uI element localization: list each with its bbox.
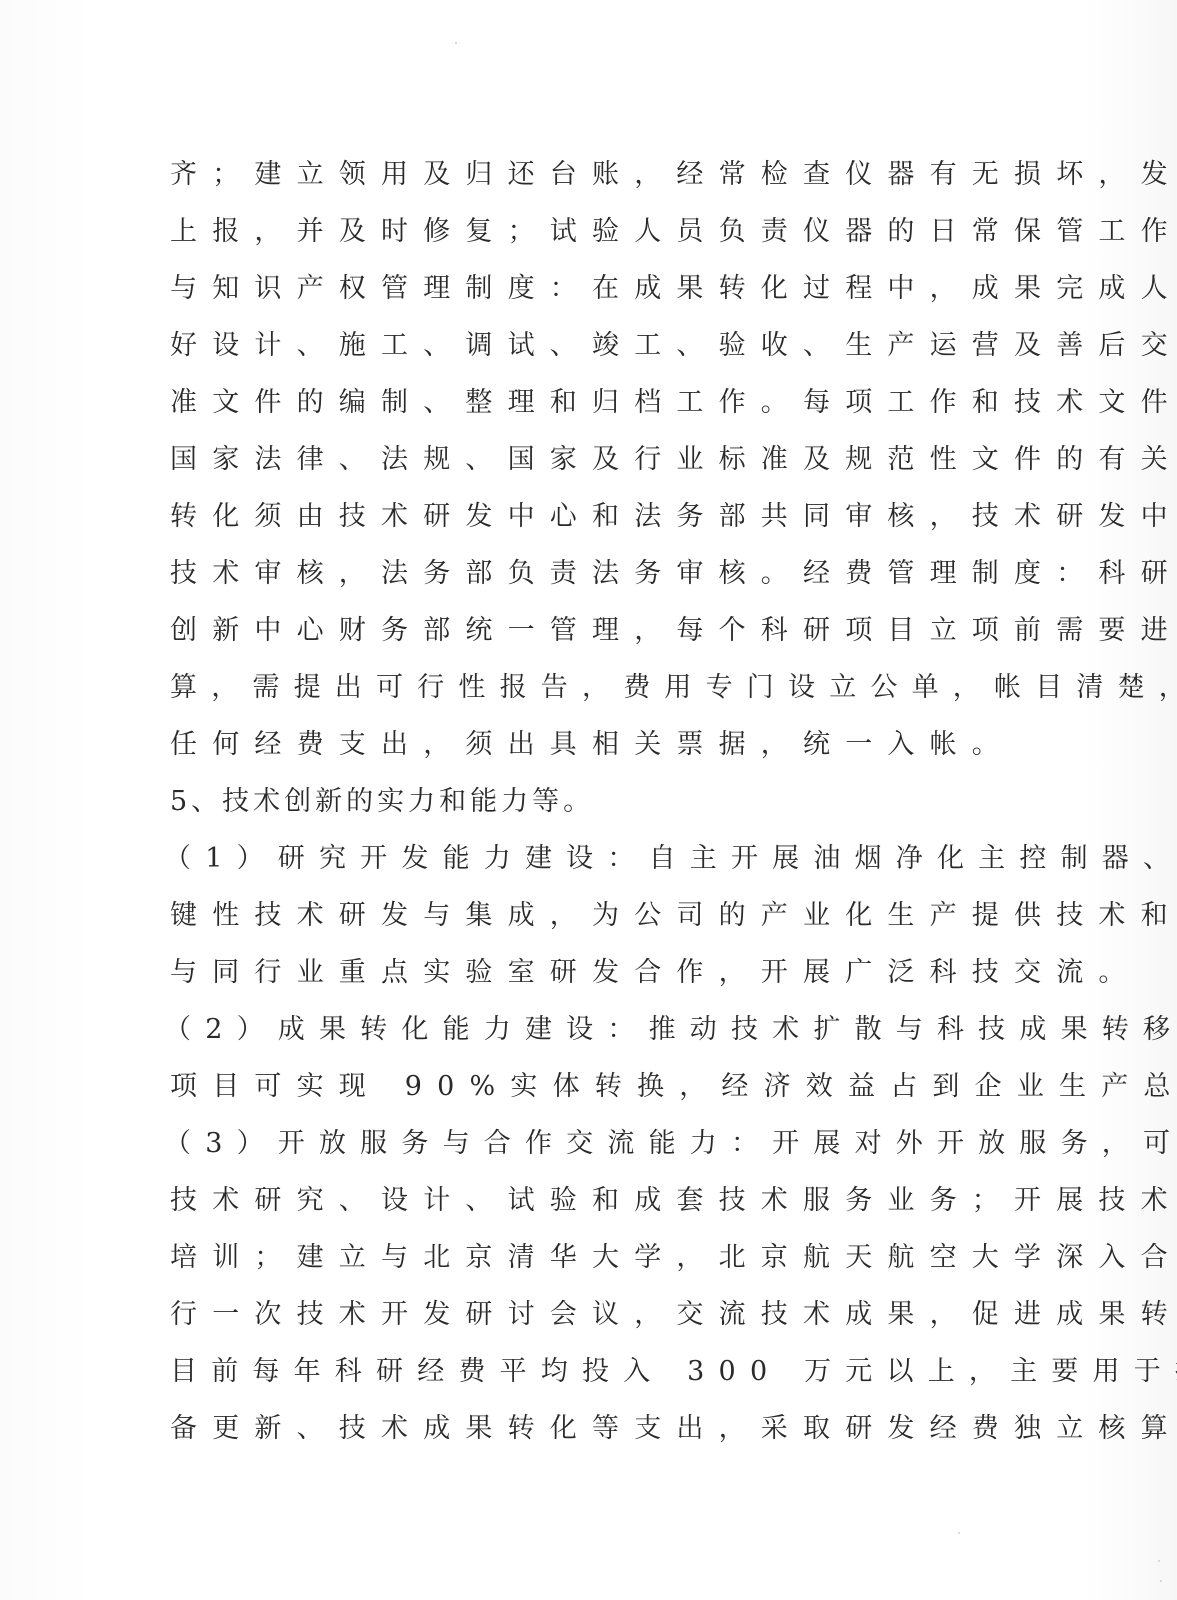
text-line: 行一次技术开发研讨会议，交流技术成果，促进成果转化。: [170, 1286, 1000, 1343]
text-line: 键性技术研发与集成，为公司的产业化生产提供技术和标准；加强: [170, 887, 1000, 944]
text-line: 转化须由技术研发中心和法务部共同审核，技术研发中心总监负责: [170, 488, 1000, 545]
text-line: 与同行业重点实验室研发合作，开展广泛科技交流。: [170, 944, 1000, 1001]
list-item-3-line: （3）开放服务与合作交流能力：开展对外开放服务，可承接委托的: [164, 1115, 1000, 1172]
text-line: 好设计、施工、调试、竣工、验收、生产运营及善后交接等技术标: [170, 317, 1000, 374]
scanned-page: 齐；建立领用及归还台账，经常检查仪器有无损坏，发现损坏立即 上报，并及时修复；试…: [0, 0, 1177, 1600]
text-line: 任何经费支出，须出具相关票据，统一入帐。: [170, 716, 1000, 773]
text-line: 目前每年科研经费平均投入 300 万元以上，主要用于技术研发、设: [170, 1343, 1000, 1400]
list-item-2-line: （2）成果转化能力建设：推动技术扩散与科技成果转移转化所研发: [164, 1001, 1000, 1058]
text-line: 技术审核，法务部负责法务审核。经费管理制度：科研经费由技术: [170, 545, 1000, 602]
text-line: 准文件的编制、整理和归档工作。每项工作和技术文件，均须符合: [170, 374, 1000, 431]
list-item-1-line: （1）研究开发能力建设：自主开展油烟净化主控制器、高压电源关: [164, 830, 1000, 887]
text-line: 国家法律、法规、国家及行业标准及规范性文件的有关要求；成果: [170, 431, 1000, 488]
scan-speck: [1160, 1580, 1162, 1582]
text-line: 技术研究、设计、试验和成套技术服务业务；开展技术咨询和技术: [170, 1172, 1000, 1229]
scan-speck: [455, 42, 457, 44]
text-line: 上报，并及时修复；试验人员负责仪器的日常保管工作。成果转化: [170, 203, 1000, 260]
text-line: 与知识产权管理制度：在成果转化过程中，成果完成人负责组织做: [170, 260, 1000, 317]
text-line: 项目可实现 90%实体转换，经济效益占到企业生产总值 70%。: [170, 1058, 1000, 1115]
section-heading: 5、技术创新的实力和能力等。: [170, 773, 1000, 830]
text-line: 创新中心财务部统一管理，每个科研项目立项前需要进行经费的预: [170, 602, 1000, 659]
text-line: 齐；建立领用及归还台账，经常检查仪器有无损坏，发现损坏立即: [170, 146, 1000, 203]
text-line: 备更新、技术成果转化等支出，采取研发经费独立核算、资金提前: [170, 1400, 1000, 1457]
scan-speck: [1158, 1560, 1160, 1562]
scan-speck: [958, 1532, 960, 1534]
text-line: 培训；建立与北京清华大学，北京航天航空大学深入合作，每年举: [170, 1229, 1000, 1286]
text-line: 算，需提出可行性报告，费用专门设立公单，帐目清楚，专款专用。: [170, 659, 1000, 716]
body-text: 齐；建立领用及归还台账，经常检查仪器有无损坏，发现损坏立即 上报，并及时修复；试…: [170, 146, 1000, 1457]
